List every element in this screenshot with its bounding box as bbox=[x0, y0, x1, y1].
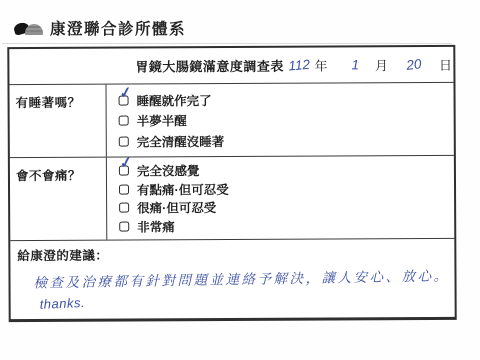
brand-header: 康澄聯合診所體系 bbox=[14, 17, 186, 39]
scanned-survey-page: 康澄聯合診所體系 胃鏡大腸鏡滿意度調查表 112 年 1 月 20 日 有睡著嗎… bbox=[0, 0, 480, 360]
question-row-pain: 會不會痛？ ✓ 完全沒感覺 ✓ 有點痛·但可忍受 ✓ 很痛·但可忍受 ✓ 非常痛 bbox=[10, 156, 454, 241]
suggestion-label: 給康澄的建議： bbox=[17, 244, 446, 264]
option-row: ✓ 完全沒感覺 bbox=[119, 160, 454, 180]
question-label: 會不會痛？ bbox=[10, 158, 107, 241]
option-row: ✓ 完全清醒沒睡著 bbox=[119, 130, 454, 150]
clinic-logo-icon bbox=[14, 21, 43, 36]
checkbox[interactable]: ✓ bbox=[119, 116, 129, 126]
date-month-value: 1 bbox=[351, 57, 359, 72]
option-label: 非常痛 bbox=[137, 217, 175, 235]
question-label: 有睡著嗎？ bbox=[9, 85, 106, 158]
option-label: 完全清醒沒睡著 bbox=[137, 132, 225, 150]
date-year-value: 112 bbox=[287, 57, 310, 74]
question-options: ✓ 完全沒感覺 ✓ 有點痛·但可忍受 ✓ 很痛·但可忍受 ✓ 非常痛 bbox=[107, 156, 454, 240]
year-unit-label: 年 bbox=[314, 55, 327, 74]
option-row: ✓ 有點痛·但可忍受 bbox=[119, 179, 454, 199]
checkmark-icon: ✓ bbox=[119, 155, 134, 172]
form-title: 胃鏡大腸鏡滿意度調查表 bbox=[135, 56, 284, 76]
option-row: ✓ 半夢半醒 bbox=[119, 110, 454, 130]
brand-title: 康澄聯合診所體系 bbox=[50, 17, 186, 39]
form-title-row: 胃鏡大腸鏡滿意度調查表 112 年 1 月 20 日 bbox=[9, 47, 453, 85]
checkbox[interactable]: ✓ bbox=[119, 136, 129, 146]
scan-artifact-line bbox=[2, 43, 452, 44]
checkbox[interactable]: ✓ bbox=[119, 184, 129, 194]
option-row: ✓ 很痛·但可忍受 bbox=[119, 197, 454, 217]
checkmark-icon: ✓ bbox=[118, 84, 133, 101]
checkbox[interactable]: ✓ bbox=[119, 166, 129, 176]
day-unit-label: 日 bbox=[439, 55, 452, 74]
suggestion-row: 給康澄的建議： 檢查及治療都有針對問題並連絡予解決，讓人安心、放心。 thank… bbox=[10, 239, 454, 319]
option-row: ✓ 睡醒就作完了 bbox=[119, 89, 454, 109]
option-row: ✓ 非常痛 bbox=[119, 215, 454, 235]
option-label: 有點痛·但可忍受 bbox=[137, 180, 229, 198]
month-unit-label: 月 bbox=[375, 55, 388, 74]
handwriting-line: 檢查及治療都有針對問題並連絡予解決，讓人安心、放心。 bbox=[33, 264, 446, 291]
survey-form-table: 胃鏡大腸鏡滿意度調查表 112 年 1 月 20 日 有睡著嗎？ ✓ 睡醒就作完… bbox=[7, 45, 456, 322]
checkbox[interactable]: ✓ bbox=[119, 203, 129, 213]
checkbox[interactable]: ✓ bbox=[119, 221, 129, 231]
logo-dome-gray bbox=[25, 24, 43, 35]
option-label: 睡醒就作完了 bbox=[137, 91, 212, 109]
option-label: 很痛·但可忍受 bbox=[137, 198, 216, 216]
question-row-sleep: 有睡著嗎？ ✓ 睡醒就作完了 ✓ 半夢半醒 ✓ 完全清醒沒睡著 bbox=[9, 83, 453, 158]
handwriting-thanks: thanks. bbox=[39, 295, 85, 312]
option-label: 完全沒感覺 bbox=[137, 162, 200, 180]
option-label: 半夢半醒 bbox=[137, 111, 187, 129]
date-day-value: 20 bbox=[405, 56, 422, 73]
question-options: ✓ 睡醒就作完了 ✓ 半夢半醒 ✓ 完全清醒沒睡著 bbox=[106, 83, 453, 157]
checkbox[interactable]: ✓ bbox=[119, 95, 129, 105]
